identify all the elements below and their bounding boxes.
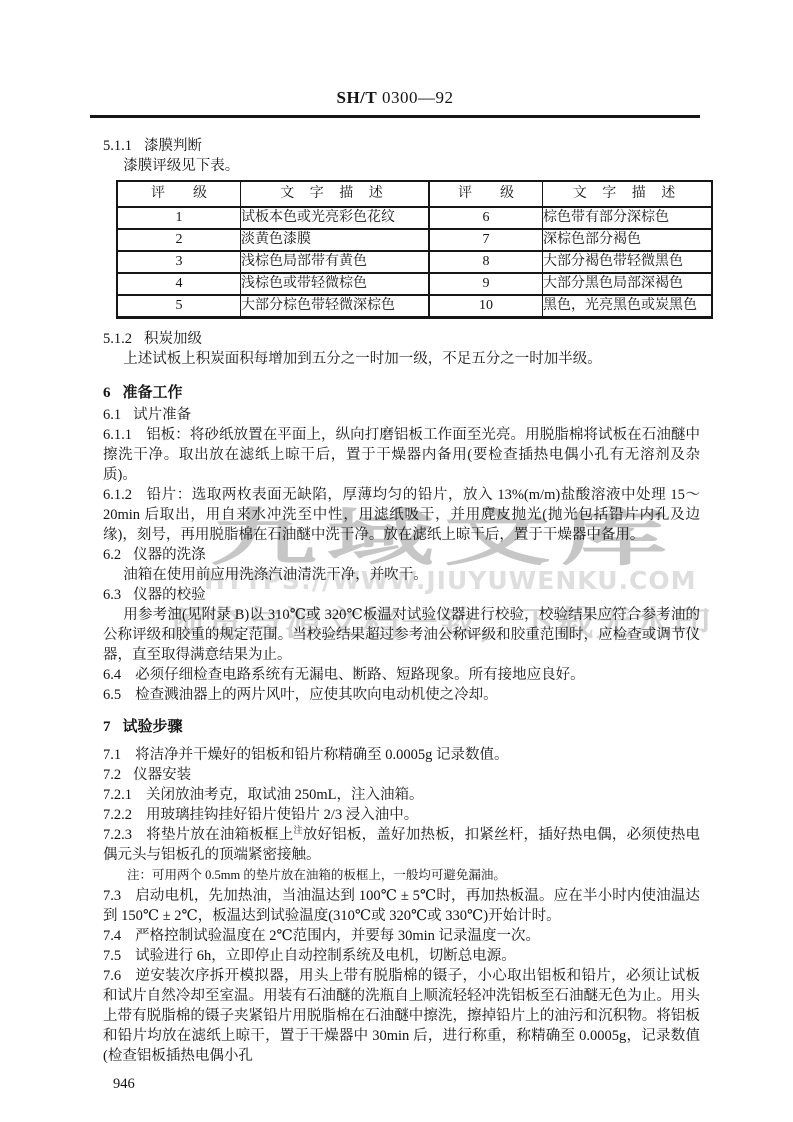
body-text: 5.1.1漆膜判断 漆膜评级见下表。 评 级 文 字 描 述 评 级 文 字 描… [103, 136, 700, 1094]
paragraph-7-2-2: 7.2.2用玻璃挂钩挂好铅片使铅片 2/3 浸入油中。 [103, 805, 700, 825]
header-rule [90, 115, 700, 118]
paragraph-6-4: 6.4必须仔细检查电路系统有无漏电、断路、短路现象。所有接地应良好。 [103, 665, 700, 685]
section-heading-6-2: 6.2仪器的洗涤 [103, 545, 700, 565]
table-row: 4 浅棕色或带轻微棕色 9 大部分黑色局部深褐色 [117, 273, 712, 295]
clause-number: 7.6 [103, 968, 121, 984]
col-header-rating-right: 评 级 [429, 181, 543, 207]
paragraph-7-3: 7.3启动电机，先加热油，当油温达到 100℃ ± 5℃时，再加热板温。应在半小… [103, 886, 700, 926]
section-number: 6.3 [103, 587, 121, 603]
description-cell: 浅棕色或带轻微棕色 [241, 273, 430, 295]
rating-cell: 5 [117, 295, 241, 318]
section-heading-6-3: 6.3仪器的校验 [103, 585, 700, 605]
table-row: 5 大部分棕色带轻微深棕色 10 黑色，光亮黑色或炭黑色 [117, 295, 712, 318]
clause-text: 必须仔细检查电路系统有无漏电、断路、短路现象。所有接地应良好。 [135, 667, 585, 683]
section-title: 仪器的校验 [133, 587, 206, 603]
rating-cell: 4 [117, 273, 241, 295]
section-number: 5.1.1 [103, 138, 132, 154]
paragraph-7-2-3: 7.2.3将垫片放在油箱板框上注放好铝板，盖好加热板，扣紧丝杆，插好热电偶，必须… [103, 825, 700, 865]
description-cell: 黑色，光亮黑色或炭黑色 [543, 295, 713, 318]
paragraph-6-2: 油箱在使用前应用洗涤汽油清洗干净，并吹干。 [103, 565, 700, 585]
section-heading-6: 6准备工作 [103, 383, 700, 403]
description-cell: 深棕色部分褐色 [543, 229, 713, 251]
rating-cell: 9 [429, 273, 543, 295]
clause-number: 7.4 [103, 928, 121, 944]
section-title: 仪器的洗涤 [133, 547, 206, 563]
col-header-description-right: 文 字 描 述 [543, 181, 713, 207]
paragraph-6-1-1: 6.1.1铝板：将砂纸放置在平面上，纵向打磨铝板工作面至光亮。用脱脂棉将试板在石… [103, 425, 700, 485]
clause-number: 7.1 [103, 747, 121, 763]
rating-cell: 1 [117, 207, 241, 229]
description-cell: 试板本色或光亮彩色花纹 [241, 207, 430, 229]
section-heading-7-2: 7.2仪器安装 [103, 765, 700, 785]
paint-rating-table: 评 级 文 字 描 述 评 级 文 字 描 述 1 试板本色或光亮彩色花纹 6 … [116, 180, 713, 319]
clause-text: 试验进行 6h，立即停止自动控制系统及电机，切断总电源。 [135, 948, 516, 964]
rating-cell: 6 [429, 207, 543, 229]
standard-code-prefix: SH/T [337, 88, 378, 107]
paragraph-6-5: 6.5检查溅油器上的两片风叶，应使其吹向电动机使之冷却。 [103, 685, 700, 705]
table-row: 2 淡黄色漆膜 7 深棕色部分褐色 [117, 229, 712, 251]
section-title: 漆膜判断 [144, 138, 202, 154]
page-number: 946 [113, 1074, 700, 1094]
description-cell: 大部分黑色局部深褐色 [543, 273, 713, 295]
clause-text: 启动电机，先加热油，当油温达到 100℃ ± 5℃时，再加热板温。应在半小时内使… [103, 888, 700, 924]
section-title: 试验步骤 [123, 719, 183, 735]
col-header-rating-left: 评 级 [117, 181, 241, 207]
section-title: 准备工作 [123, 385, 183, 401]
paragraph-7-4: 7.4严格控制试验温度在 2℃范围内，并要每 30min 记录温度一次。 [103, 926, 700, 946]
section-heading-7: 7试验步骤 [103, 717, 700, 737]
section-heading-6-1: 6.1试片准备 [103, 405, 700, 425]
paragraph-7-5: 7.5试验进行 6h，立即停止自动控制系统及电机，切断总电源。 [103, 946, 700, 966]
paragraph-6-3: 用参考油(见附录 B)以 310℃或 320℃板温对试验仪器进行校验，校验结果应… [103, 605, 700, 665]
clause-text: 铝板：将砂纸放置在平面上，纵向打磨铝板工作面至光亮。用脱脂棉将试板在石油醚中擦洗… [103, 427, 700, 483]
section-number: 5.1.2 [103, 331, 132, 347]
rating-cell: 3 [117, 251, 241, 273]
section-number: 6.2 [103, 547, 121, 563]
section-number: 7.2 [103, 767, 121, 783]
rating-cell: 2 [117, 229, 241, 251]
section-title: 积炭加级 [144, 331, 202, 347]
clause-number: 7.2.2 [103, 807, 132, 823]
col-header-description-left: 文 字 描 述 [241, 181, 430, 207]
page-content: SH/T 0300—92 5.1.1漆膜判断 漆膜评级见下表。 评 级 文 字 … [90, 88, 700, 1094]
document-page: 九域文库 HTTPS://WWW.JIUYUWENKU.COM 预览与源文档一致… [0, 0, 793, 1122]
paragraph-5-1-1: 漆膜评级见下表。 [103, 156, 700, 176]
clause-number: 6.5 [103, 687, 121, 703]
clause-text: 将垫片放在油箱板框上 [146, 827, 293, 843]
paragraph-7-1: 7.1将洁净并干燥好的铝板和铅片称精确至 0.0005g 记录数值。 [103, 745, 700, 765]
paragraph-5-1-2: 上述试板上积炭面积每增加到五分之一时加一级，不足五分之一时加半级。 [103, 349, 700, 369]
clause-text: 严格控制试验温度在 2℃范围内，并要每 30min 记录温度一次。 [135, 928, 540, 944]
paragraph-7-6: 7.6逆安装次序拆开模拟器，用头上带有脱脂棉的镊子，小心取出铝板和铅片，必须让试… [103, 966, 700, 1066]
section-heading-5-1-1: 5.1.1漆膜判断 [103, 136, 700, 156]
clause-number: 6.1.1 [103, 427, 132, 443]
table-row: 1 试板本色或光亮彩色花纹 6 棕色带有部分深棕色 [117, 207, 712, 229]
standard-code: SH/T 0300—92 [90, 88, 700, 108]
clause-number: 7.2.1 [103, 787, 132, 803]
section-heading-5-1-2: 5.1.2积炭加级 [103, 329, 700, 349]
clause-number: 7.3 [103, 888, 121, 904]
clause-number: 7.2.3 [103, 827, 132, 843]
footnote-marker: 注 [293, 825, 302, 835]
clause-text: 关闭放油考克，取试油 250mL，注入油箱。 [146, 787, 424, 803]
clause-text: 铅片：选取两枚表面无缺陷，厚薄均匀的铅片，放入 13%(m/m)盐酸溶液中处理 … [103, 487, 700, 543]
clause-text: 检查溅油器上的两片风叶，应使其吹向电动机使之冷却。 [135, 687, 498, 703]
rating-cell: 7 [429, 229, 543, 251]
clause-number: 6.1.2 [103, 487, 132, 503]
rating-cell: 8 [429, 251, 543, 273]
section-number: 6.1 [103, 407, 121, 423]
description-cell: 浅棕色局部带有黄色 [241, 251, 430, 273]
description-cell: 大部分褐色带轻微黑色 [543, 251, 713, 273]
paragraph-7-2-1: 7.2.1关闭放油考克，取试油 250mL，注入油箱。 [103, 785, 700, 805]
section-number: 7 [103, 719, 111, 735]
section-title: 仪器安装 [133, 767, 191, 783]
clause-text: 逆安装次序拆开模拟器，用头上带有脱脂棉的镊子，小心取出铝板和铅片，必须让试板和试… [103, 968, 700, 1064]
paragraph-6-1-2: 6.1.2铅片：选取两枚表面无缺陷，厚薄均匀的铅片，放入 13%(m/m)盐酸溶… [103, 485, 700, 545]
description-cell: 大部分棕色带轻微深棕色 [241, 295, 430, 318]
table-row: 3 浅棕色局部带有黄色 8 大部分褐色带轻微黑色 [117, 251, 712, 273]
description-cell: 棕色带有部分深棕色 [543, 207, 713, 229]
standard-code-number: 0300—92 [382, 88, 454, 107]
rating-cell: 10 [429, 295, 543, 318]
footnote-7-2-3: 注：可用两个 0.5mm 的垫片放在油箱的板框上，一般均可避免漏油。 [127, 867, 700, 884]
section-title: 试片准备 [133, 407, 191, 423]
clause-number: 6.4 [103, 667, 121, 683]
clause-number: 7.5 [103, 948, 121, 964]
clause-text: 用玻璃挂钩挂好铅片使铅片 2/3 浸入油中。 [146, 807, 418, 823]
section-number: 6 [103, 385, 111, 401]
table-header-row: 评 级 文 字 描 述 评 级 文 字 描 述 [117, 181, 712, 207]
clause-text: 将洁净并干燥好的铝板和铅片称精确至 0.0005g 记录数值。 [135, 747, 508, 763]
description-cell: 淡黄色漆膜 [241, 229, 430, 251]
